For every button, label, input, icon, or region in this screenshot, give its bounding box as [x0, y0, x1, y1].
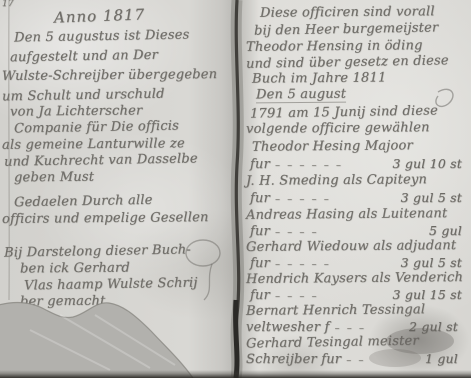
- scan-bottom-edge: [0, 370, 471, 378]
- handwritten-line: geben Must: [14, 171, 94, 185]
- handwritten-line: volgende officire gewählen: [246, 121, 430, 136]
- fee-label: fur: [250, 225, 270, 239]
- handwritten-line: Gerhard Wiedouw als adjudant: [246, 239, 456, 254]
- handwritten-line: und sind über gesetz en diese: [246, 54, 449, 71]
- left-page: 17 Anno 1817 Den 5 augustus ist Dieses a…: [4, 0, 234, 378]
- handwritten-line: Wulste-Schreijber übergegeben: [2, 68, 217, 84]
- fee-leader: – – – – – –: [275, 161, 388, 172]
- fee-leader: – – – –: [275, 292, 388, 303]
- handwritten-line: Gedaelen Durch alle: [14, 194, 153, 210]
- handwritten-line: aufgestelt und an Der: [10, 49, 158, 65]
- manuscript-scan: 17 Anno 1817 Den 5 augustus ist Dieses a…: [0, 0, 471, 378]
- handwritten-line: Bernart Henrich Tessingal: [246, 303, 425, 318]
- fee-leader: – – – – –: [275, 260, 396, 271]
- handwritten-line: Gerhard Tesingal meister: [246, 334, 419, 351]
- right-page: Diese officiren sind vorall bij den Heer…: [246, 0, 468, 378]
- fee-leader: – – – –: [275, 228, 424, 239]
- handwritten-line: von Ja Lichterscher: [10, 104, 143, 119]
- fee-leader: – –: [346, 356, 420, 367]
- fee-line: fur – – – – 5 gul: [250, 224, 462, 239]
- handwritten-line: als gemeine Lanturwille ze: [2, 137, 185, 152]
- fee-amount: 3 gul 5 st: [401, 256, 462, 269]
- handwritten-line: J. H. Smeding als Capiteyn: [246, 173, 427, 188]
- handwritten-line: Bij Darstelong dieser Buch-: [4, 243, 191, 260]
- handwritten-line: officirs und empelige Gesellen: [2, 211, 209, 226]
- handwritten-line: Den 5 augustus ist Dieses: [14, 28, 190, 45]
- fee-label: fur: [250, 289, 270, 303]
- handwritten-line: und Kuchrecht van Dasselbe: [4, 152, 198, 169]
- fee-amount: 3 gul 10 st: [393, 157, 462, 170]
- handwritten-line: um Schult und urschuld: [2, 88, 165, 104]
- fee-line: fur – – – – – – 3 gul 10 st: [250, 157, 462, 172]
- handwritten-line: Vlas haamp Wulste Schrij: [24, 276, 198, 293]
- fee-leader: – – – – –: [275, 195, 396, 206]
- fee-amount: 3 gul 5 st: [401, 191, 462, 204]
- gutter-dark-bottom: [236, 300, 237, 378]
- handwritten-line: ben ick Gerhard: [20, 262, 130, 277]
- handwritten-line: 1791 am 15 Junij sind diese: [250, 104, 438, 121]
- handwritten-line: Buch im Jahre 1811: [252, 71, 387, 86]
- fee-amount: 1 gul: [425, 352, 458, 365]
- handwritten-line: Theodor Hesing Majoor: [252, 139, 413, 154]
- handwritten-line: Andreas Hasing als Luitenant: [246, 207, 448, 222]
- book-gutter: [236, 0, 239, 378]
- fee-label: fur: [250, 257, 270, 271]
- fee-label: veltwesher f: [246, 321, 330, 335]
- handwritten-line: Diese officiren sind vorall: [260, 5, 435, 20]
- fee-amount: 2 gul st: [409, 320, 458, 333]
- fee-line: fur – – – – – 3 gul 5 st: [250, 256, 462, 271]
- fee-label: fur: [250, 192, 270, 206]
- fee-line: Schreijber fur – – 1 gul: [246, 352, 458, 367]
- gutter-shadow: [236, 0, 239, 378]
- handwritten-line: Companie für Die officis: [14, 120, 179, 137]
- handwritten-line: Den 5 august: [256, 88, 346, 103]
- fee-amount: 3 gul 15 st: [393, 288, 462, 301]
- fee-amount: 5 gul: [429, 224, 462, 237]
- fee-label: fur: [250, 158, 270, 172]
- fee-label: Schreijber fur: [246, 353, 341, 367]
- handwritten-line: ber gemacht: [20, 295, 106, 309]
- fee-line: fur – – – – – 3 gul 5 st: [250, 191, 462, 206]
- page-heading: Anno 1817: [54, 7, 146, 26]
- handwritten-line: Theodor Hensing in öding: [246, 39, 423, 54]
- corner-mark: 17: [2, 0, 14, 9]
- handwritten-line: Hendrich Kaysers als Venderich: [246, 271, 463, 287]
- handwritten-line: bij den Heer burgemeijster: [254, 21, 439, 38]
- fee-line: fur – – – – 3 gul 15 st: [250, 288, 462, 303]
- fee-line: veltwesher f – – – 2 gul st: [246, 320, 458, 335]
